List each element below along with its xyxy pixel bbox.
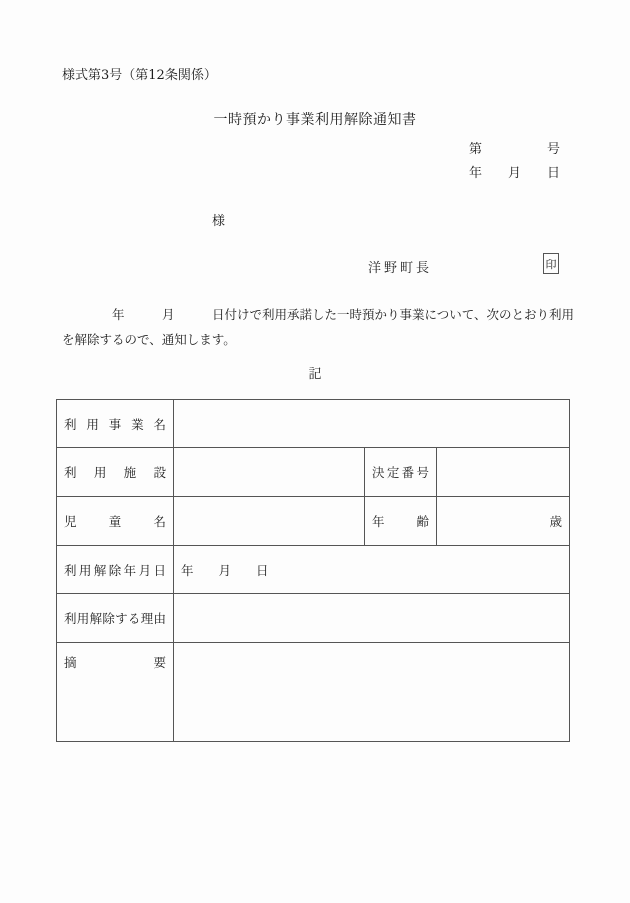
recipient-honorific: 様 xyxy=(212,210,225,229)
form-number: 様式第3号（第12条関係） xyxy=(62,64,217,83)
document-date-line: 年 月 日 xyxy=(469,162,560,181)
label-cancellation-date: 利用解除年月日 xyxy=(57,546,174,594)
form-table: 利用事業名 利用施設 決定番号 児童名 年齢 歳 利用解除年月日 年 月 日 利… xyxy=(56,399,570,742)
sender-title: 洋野町長 xyxy=(368,257,432,276)
body-paragraph-line1: 年 月 日付けで利用承諾した一時預かり事業について、次のとおり利用 xyxy=(62,305,574,323)
document-number-line: 第 号 xyxy=(469,138,560,157)
value-cancellation-reason xyxy=(174,594,570,643)
table-row: 利用解除する理由 xyxy=(57,594,570,643)
label-child-name: 児童名 xyxy=(57,497,174,546)
label-age: 年齢 xyxy=(365,497,437,546)
label-decision-number: 決定番号 xyxy=(365,448,437,497)
value-remarks xyxy=(174,643,570,742)
value-decision-number xyxy=(437,448,570,497)
label-remarks: 摘要 xyxy=(57,643,174,742)
document-page: 様式第3号（第12条関係） 一時預かり事業利用解除通知書 第 号 年 月 日 様… xyxy=(0,0,630,903)
table-row: 利用事業名 xyxy=(57,400,570,448)
value-business-name xyxy=(174,400,570,448)
table-row: 摘要 xyxy=(57,643,570,742)
seal-mark: 印 xyxy=(546,256,557,272)
body-paragraph-line2: を解除するので、通知します。 xyxy=(62,330,236,348)
value-age-unit: 歳 xyxy=(437,497,570,546)
table-row: 利用施設 決定番号 xyxy=(57,448,570,497)
label-business-name: 利用事業名 xyxy=(57,400,174,448)
value-facility xyxy=(174,448,365,497)
table-row: 利用解除年月日 年 月 日 xyxy=(57,546,570,594)
label-cancellation-reason: 利用解除する理由 xyxy=(57,594,174,643)
note-heading: 記 xyxy=(0,363,630,382)
value-cancellation-date: 年 月 日 xyxy=(174,546,570,594)
seal-box: 印 xyxy=(543,253,559,274)
label-facility: 利用施設 xyxy=(57,448,174,497)
value-child-name xyxy=(174,497,365,546)
table-row: 児童名 年齢 歳 xyxy=(57,497,570,546)
document-title: 一時預かり事業利用解除通知書 xyxy=(0,109,630,129)
